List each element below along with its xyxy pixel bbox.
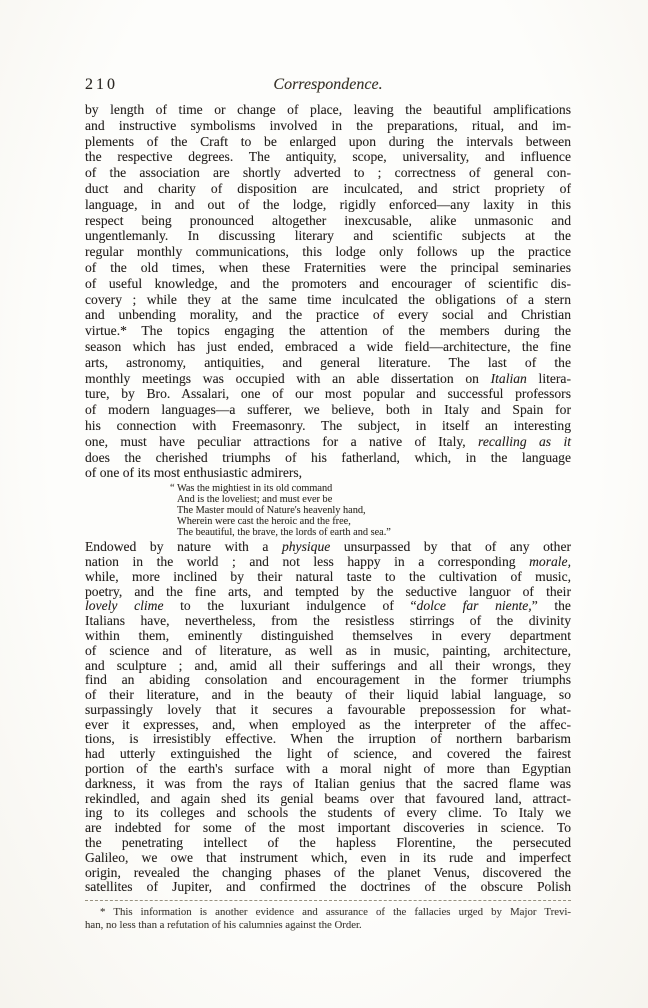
text-line: ungentlemanly. In discussing literary an… (85, 228, 571, 244)
text-line: does the cherished triumphs of his fathe… (85, 450, 571, 466)
text-line: his connection with Freemasonry. The sub… (85, 418, 571, 434)
paragraph-1: by length of time or change of place, le… (85, 102, 571, 481)
text-line: of modern languages—a sufferer, we belie… (85, 402, 571, 418)
running-title: Correspondence. (85, 76, 571, 94)
text-line: of one of its most enthusiastic admirers… (85, 465, 571, 481)
text-line: ing to its colleges and schools the stud… (85, 806, 571, 821)
text-line: The beautiful, the brave, the lords of e… (177, 527, 648, 538)
text-line: covery ; while they at the same time inc… (85, 292, 571, 308)
text-line: season which has just ended, embraced a … (85, 339, 571, 355)
text-line: poetry, and the fine arts, and tempted b… (85, 585, 571, 600)
text-line: origin, revealed the changing phases of … (85, 866, 571, 881)
text-line: ever it expresses, and, when employed as… (85, 718, 571, 733)
text-line: The Master mould of Nature's heavenly ha… (177, 505, 648, 516)
text-line: lovely clime to the luxuriant indulgence… (85, 599, 571, 614)
text-line: of science and of literature, as well as… (85, 644, 571, 659)
text-line: by length of time or change of place, le… (85, 102, 571, 118)
text-line: arts, astronomy, antiquities, and genera… (85, 355, 571, 371)
text-line: nation in the world ; and not less happy… (85, 555, 571, 570)
text-line: of the old times, when these Fraternitie… (85, 260, 571, 276)
text-line: portion of the earth's surface with a mo… (85, 762, 571, 777)
text-line: of their literature, and in the beauty o… (85, 688, 571, 703)
text-line: ture, by Bro. Assalari, one of our most … (85, 386, 571, 402)
text-line: and instructive symbolisms involved in t… (85, 118, 571, 134)
text-line: monthly meetings was occupied with an ab… (85, 371, 571, 387)
text-line: * This information is another evidence a… (85, 906, 571, 919)
text-line: virtue.* The topics engaging the attenti… (85, 323, 571, 339)
text-line: Italians have, nevertheless, from the re… (85, 614, 571, 629)
text-line: find an abiding consolation and encourag… (85, 673, 571, 688)
text-line: of useful knowledge, and the promoters a… (85, 276, 571, 292)
text-line: regular monthly communications, this lod… (85, 244, 571, 260)
text-line: language, in and out of the lodge, rigid… (85, 197, 571, 213)
text-line: had utterly extinguished the light of sc… (85, 747, 571, 762)
text-line: darkness, it was from the rays of Italia… (85, 777, 571, 792)
scanned-book-page: 210 Correspondence. by length of time or… (0, 0, 648, 1008)
text-line: satellites of Jupiter, and confirmed the… (85, 880, 571, 895)
page-body: by length of time or change of place, le… (85, 102, 571, 931)
running-head: 210 Correspondence. (85, 76, 571, 96)
text-line: one, must have peculiar attractions for … (85, 434, 571, 450)
text-line: are indebted for some of the most import… (85, 821, 571, 836)
page-number: 210 (85, 76, 118, 94)
text-line: tions, is irresistibly effective. When t… (85, 732, 571, 747)
text-line: han, no less than a refutation of his ca… (85, 919, 571, 932)
text-line: Galileo, we owe that instrument which, e… (85, 851, 571, 866)
text-line: and sculpture ; and, amid all their suff… (85, 659, 571, 674)
text-line: while, more inclined by their natural ta… (85, 570, 571, 585)
text-line: plements of the Craft to be enlarged upo… (85, 134, 571, 150)
verse-quotation: “ Was the mightiest in its old commandAn… (85, 483, 648, 538)
text-line: Endowed by nature with a physique unsurp… (85, 540, 571, 555)
text-line: Wherein were cast the heroic and the fre… (177, 516, 648, 527)
text-line: of the association are shortly adverted … (85, 165, 571, 181)
text-line: and unbending morality, and the practice… (85, 307, 571, 323)
text-line: surpassingly lovely that it secures a fa… (85, 703, 571, 718)
text-line: within them, eminently distinguished the… (85, 629, 571, 644)
text-line: rekindled, and again shed its genial bea… (85, 792, 571, 807)
paragraph-2: Endowed by nature with a physique unsurp… (85, 540, 571, 895)
text-line: the respective degrees. The antiquity, s… (85, 149, 571, 165)
footnote: * This information is another evidence a… (85, 900, 571, 931)
text-line: “ Was the mightiest in its old command (177, 483, 648, 494)
text-line: And is the loveliest; and must ever be (177, 494, 648, 505)
text-line: duct and charity of disposition are incu… (85, 181, 571, 197)
text-line: respect being pronounced altogether inex… (85, 213, 571, 229)
text-line: the penetrating intellect of the hapless… (85, 836, 571, 851)
